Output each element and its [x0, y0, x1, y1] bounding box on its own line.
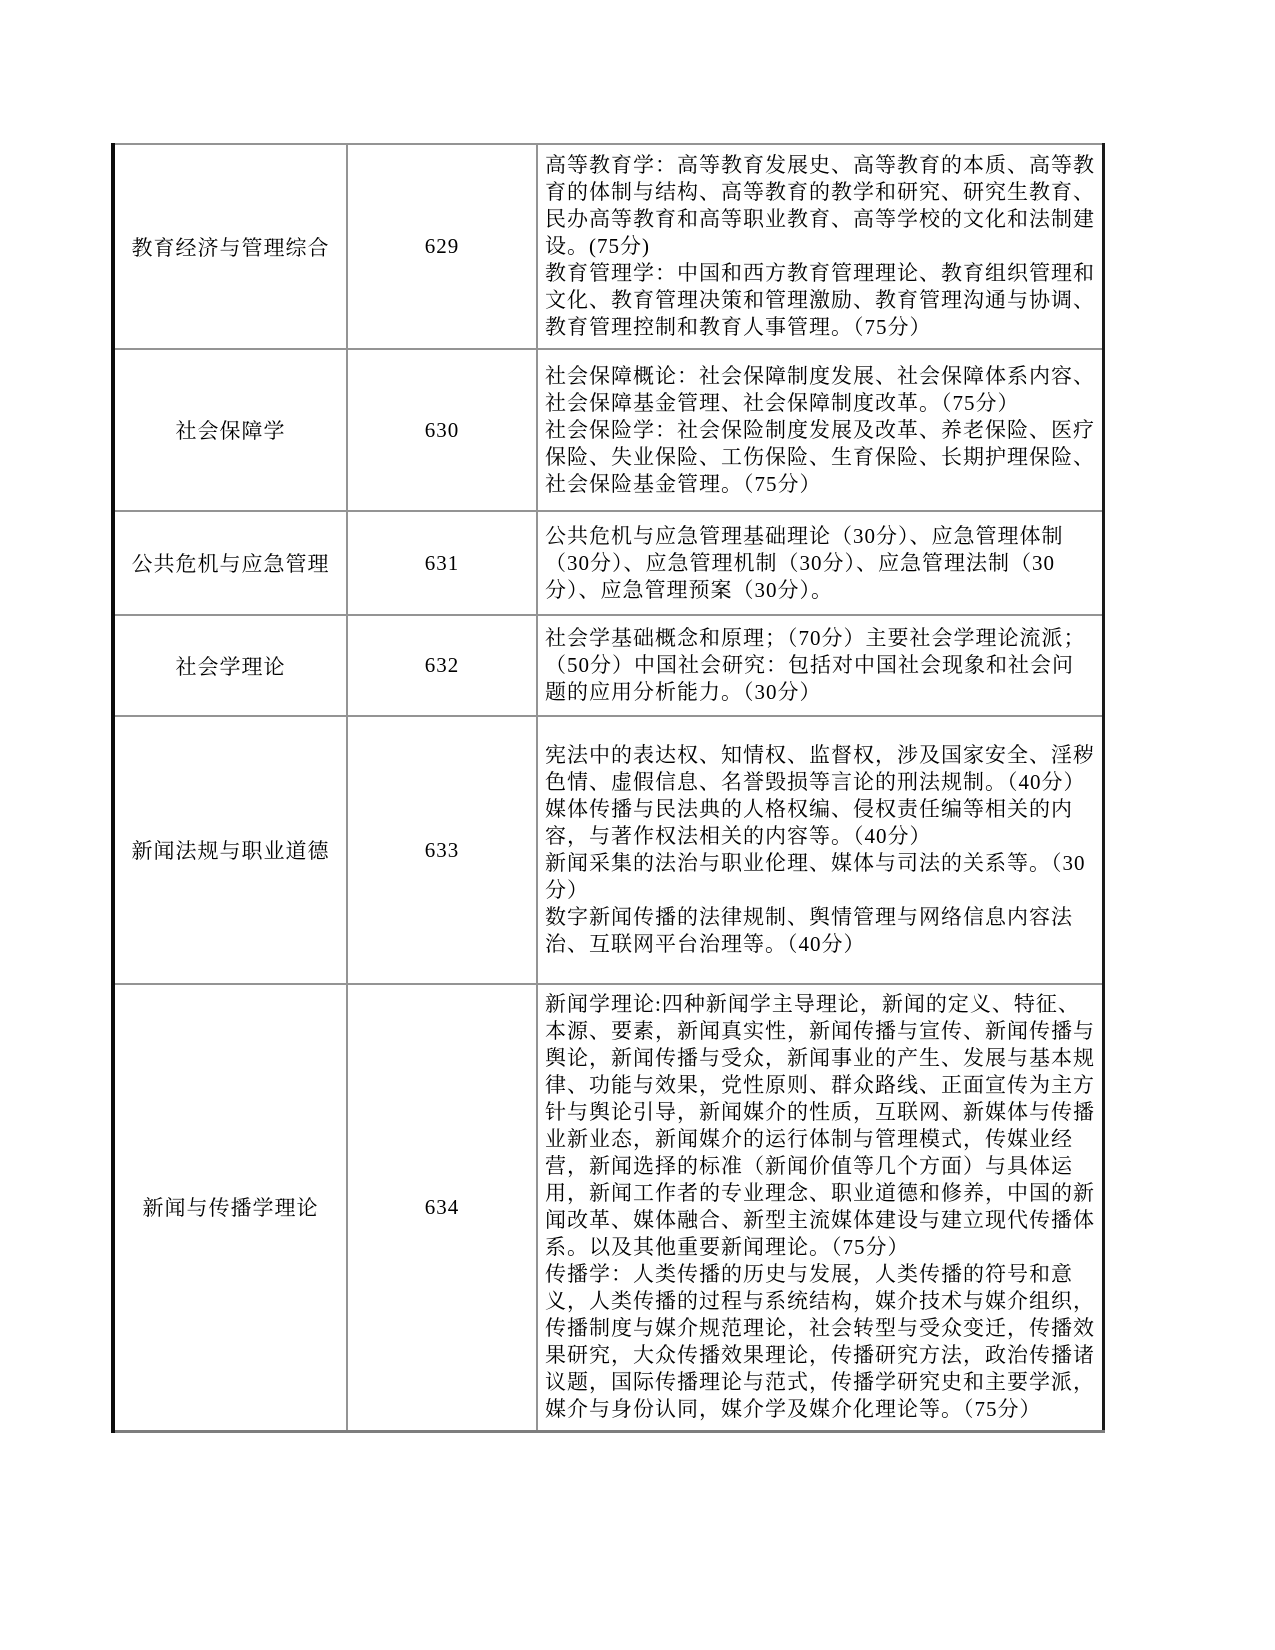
subject-cell: 新闻法规与职业道德	[113, 716, 347, 984]
content-paragraph: 社会保险学：社会保险制度发展及改革、养老保险、医疗保险、失业保险、工伤保险、生育…	[545, 417, 1096, 498]
content-paragraph: 媒体传播与民法典的人格权编、侵权责任编等相关的内容，与著作权法相关的内容等。（4…	[545, 796, 1096, 850]
table-row: 新闻法规与职业道德 633 宪法中的表达权、知情权、监督权，涉及国家安全、淫秽色…	[113, 716, 1103, 984]
syllabus-table-body: 教育经济与管理综合 629 高等教育学：高等教育发展史、高等教育的本质、高等教育…	[113, 144, 1103, 1431]
content-paragraph: 新闻学理论:四种新闻学主导理论，新闻的定义、特征、本源、要素，新闻真实性，新闻传…	[545, 991, 1096, 1261]
code-cell: 630	[347, 349, 537, 511]
content-cell: 公共危机与应急管理基础理论（30分）、应急管理体制（30分）、应急管理机制（30…	[537, 511, 1103, 615]
content-cell: 社会学基础概念和原理；（70分）主要社会学理论流派；（50分）中国社会研究：包括…	[537, 615, 1103, 716]
code-cell: 632	[347, 615, 537, 716]
code-cell: 633	[347, 716, 537, 984]
content-cell: 高等教育学：高等教育发展史、高等教育的本质、高等教育的体制与结构、高等教育的教学…	[537, 144, 1103, 349]
content-paragraph: 高等教育学：高等教育发展史、高等教育的本质、高等教育的体制与结构、高等教育的教学…	[545, 152, 1096, 260]
table-row: 社会学理论 632 社会学基础概念和原理；（70分）主要社会学理论流派；（50分…	[113, 615, 1103, 716]
content-paragraph: 社会保障概论：社会保障制度发展、社会保障体系内容、社会保障基金管理、社会保障制度…	[545, 363, 1096, 417]
content-paragraph: 社会学基础概念和原理；（70分）主要社会学理论流派；（50分）中国社会研究：包括…	[545, 625, 1096, 706]
content-paragraph: 教育管理学：中国和西方教育管理理论、教育组织管理和文化、教育管理决策和管理激励、…	[545, 260, 1096, 341]
code-cell: 629	[347, 144, 537, 349]
content-paragraph: 数字新闻传播的法律规制、舆情管理与网络信息内容法治、互联网平台治理等。（40分）	[545, 904, 1096, 958]
content-paragraph: 新闻采集的法治与职业伦理、媒体与司法的关系等。（30分）	[545, 850, 1096, 904]
content-cell: 新闻学理论:四种新闻学主导理论，新闻的定义、特征、本源、要素，新闻真实性，新闻传…	[537, 984, 1103, 1431]
subject-cell: 新闻与传播学理论	[113, 984, 347, 1431]
content-cell: 宪法中的表达权、知情权、监督权，涉及国家安全、淫秽色情、虚假信息、名誉毁损等言论…	[537, 716, 1103, 984]
content-cell: 社会保障概论：社会保障制度发展、社会保障体系内容、社会保障基金管理、社会保障制度…	[537, 349, 1103, 511]
syllabus-table: 教育经济与管理综合 629 高等教育学：高等教育发展史、高等教育的本质、高等教育…	[111, 143, 1105, 1433]
table-row: 社会保障学 630 社会保障概论：社会保障制度发展、社会保障体系内容、社会保障基…	[113, 349, 1103, 511]
table-row: 公共危机与应急管理 631 公共危机与应急管理基础理论（30分）、应急管理体制（…	[113, 511, 1103, 615]
code-cell: 634	[347, 984, 537, 1431]
subject-cell: 社会保障学	[113, 349, 347, 511]
subject-cell: 社会学理论	[113, 615, 347, 716]
code-cell: 631	[347, 511, 537, 615]
content-paragraph: 传播学：人类传播的历史与发展，人类传播的符号和意义，人类传播的过程与系统结构，媒…	[545, 1261, 1096, 1423]
subject-cell: 教育经济与管理综合	[113, 144, 347, 349]
table-row: 新闻与传播学理论 634 新闻学理论:四种新闻学主导理论，新闻的定义、特征、本源…	[113, 984, 1103, 1431]
subject-cell: 公共危机与应急管理	[113, 511, 347, 615]
document-page: 教育经济与管理综合 629 高等教育学：高等教育发展史、高等教育的本质、高等教育…	[0, 0, 1275, 1650]
content-paragraph: 宪法中的表达权、知情权、监督权，涉及国家安全、淫秽色情、虚假信息、名誉毁损等言论…	[545, 742, 1096, 796]
content-paragraph: 公共危机与应急管理基础理论（30分）、应急管理体制（30分）、应急管理机制（30…	[545, 523, 1096, 604]
table-row: 教育经济与管理综合 629 高等教育学：高等教育发展史、高等教育的本质、高等教育…	[113, 144, 1103, 349]
